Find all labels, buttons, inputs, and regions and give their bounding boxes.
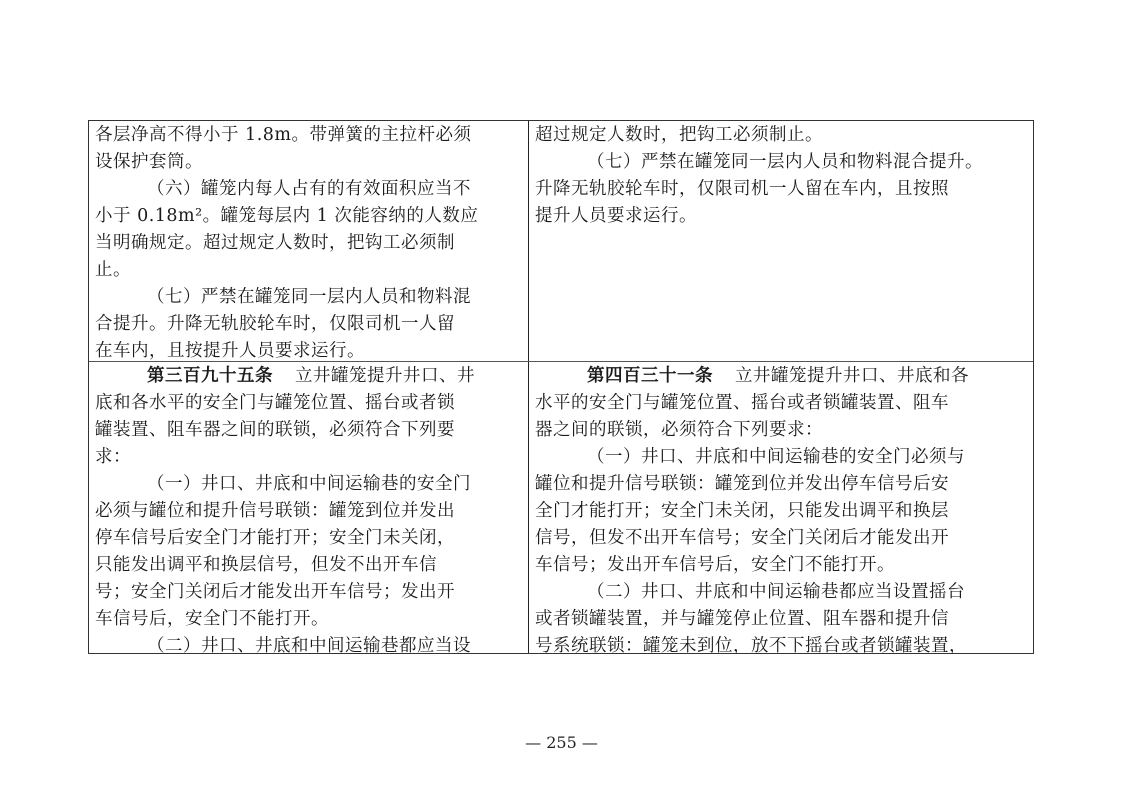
article-text: 立井罐笼提升井口、井 bbox=[295, 366, 475, 386]
text-line: 止。 bbox=[95, 257, 525, 284]
text-line: 当明确规定。超过规定人数时，把钩工必须制 bbox=[95, 230, 525, 257]
text-line: 号系统联锁：罐笼未到位，放不下摇台或者锁罐装置， bbox=[535, 633, 1031, 653]
article-title: 第四百三十一条 bbox=[587, 366, 713, 386]
text-line: 停车信号后安全门才能打开；安全门未关闭， bbox=[95, 525, 525, 552]
article-heading-line: 第四百三十一条立井罐笼提升井口、井底和各 bbox=[535, 363, 1031, 390]
text-line: （二）井口、井底和中间运输巷都应当设 bbox=[95, 633, 525, 653]
text-line: 号；安全门关闭后才能发出开车信号；发出开 bbox=[95, 579, 525, 606]
cell-old-text-top: 各层净高不得小于 1.8m。带弹簧的主拉杆必须 设保护套筒。 （六）罐笼内每人占… bbox=[95, 122, 525, 360]
comparison-table: 各层净高不得小于 1.8m。带弹簧的主拉杆必须 设保护套筒。 （六）罐笼内每人占… bbox=[88, 120, 1034, 654]
text-line: 超过规定人数时，把钩工必须制止。 bbox=[535, 122, 1031, 149]
text-line: （七）严禁在罐笼同一层内人员和物料混合提升。 bbox=[535, 149, 1031, 176]
text-line: 在车内，且按提升人员要求运行。 bbox=[95, 338, 525, 360]
article-heading-line: 第三百九十五条立井罐笼提升井口、井 bbox=[95, 363, 525, 390]
page-number: — 255 — bbox=[0, 731, 1123, 755]
text-line: 车信号后，安全门不能打开。 bbox=[95, 606, 525, 633]
row-divider bbox=[89, 361, 1033, 362]
text-line: （六）罐笼内每人占有的有效面积应当不 bbox=[95, 176, 525, 203]
text-line: 或者锁罐装置，并与罐笼停止位置、阻车器和提升信 bbox=[535, 606, 1031, 633]
text-line: （一）井口、井底和中间运输巷的安全门 bbox=[95, 471, 525, 498]
text-line: 信号，但发不出开车信号；安全门关闭后才能发出开 bbox=[535, 525, 1031, 552]
text-line: 升降无轨胶轮车时，仅限司机一人留在车内，且按照 bbox=[535, 176, 1031, 203]
text-line: 车信号；发出开车信号后，安全门不能打开。 bbox=[535, 552, 1031, 579]
text-line: 必须与罐位和提升信号联锁：罐笼到位并发出 bbox=[95, 498, 525, 525]
text-line: 水平的安全门与罐笼位置、摇台或者锁罐装置、阻车 bbox=[535, 390, 1031, 417]
text-line: 提升人员要求运行。 bbox=[535, 203, 1031, 230]
cell-new-text-top: 超过规定人数时，把钩工必须制止。 （七）严禁在罐笼同一层内人员和物料混合提升。 … bbox=[535, 122, 1031, 360]
text-line: （七）严禁在罐笼同一层内人员和物料混 bbox=[95, 284, 525, 311]
text-line: 全门才能打开；安全门未关闭，只能发出调平和换层 bbox=[535, 498, 1031, 525]
cell-new-article-431: 第四百三十一条立井罐笼提升井口、井底和各 水平的安全门与罐笼位置、摇台或者锁罐装… bbox=[535, 363, 1031, 653]
text-line: 各层净高不得小于 1.8m。带弹簧的主拉杆必须 bbox=[95, 122, 525, 149]
text-line: 合提升。升降无轨胶轮车时，仅限司机一人留 bbox=[95, 311, 525, 338]
cell-old-article-395: 第三百九十五条立井罐笼提升井口、井 底和各水平的安全门与罐笼位置、摇台或者锁 罐… bbox=[95, 363, 525, 653]
text-line: （一）井口、井底和中间运输巷的安全门必须与 bbox=[535, 444, 1031, 471]
text-line: 小于 0.18m²。罐笼每层内 1 次能容纳的人数应 bbox=[95, 203, 525, 230]
text-line: （二）井口、井底和中间运输巷都应当设置摇台 bbox=[535, 579, 1031, 606]
article-title: 第三百九十五条 bbox=[147, 366, 273, 386]
text-line: 器之间的联锁，必须符合下列要求： bbox=[535, 417, 1031, 444]
column-divider bbox=[528, 121, 529, 653]
text-line: 只能发出调平和换层信号，但发不出开车信 bbox=[95, 552, 525, 579]
text-line: 罐位和提升信号联锁：罐笼到位并发出停车信号后安 bbox=[535, 471, 1031, 498]
text-line: 底和各水平的安全门与罐笼位置、摇台或者锁 bbox=[95, 390, 525, 417]
text-line: 设保护套筒。 bbox=[95, 149, 525, 176]
text-line: 罐装置、阻车器之间的联锁，必须符合下列要 bbox=[95, 417, 525, 444]
article-text: 立井罐笼提升井口、井底和各 bbox=[735, 366, 969, 386]
text-line: 求： bbox=[95, 444, 525, 471]
